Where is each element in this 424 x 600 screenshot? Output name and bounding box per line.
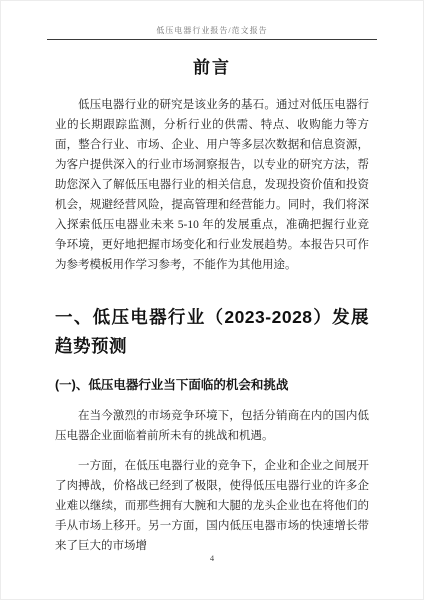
section-subheading: (一)、低压电器行业当下面临的机会和挑战: [55, 377, 369, 393]
page-content: 前言 低压电器行业的研究是该业务的基石。通过对低压电器行业的长期跟踪监测，分析行…: [55, 1, 369, 556]
foreword-paragraph: 低压电器行业的研究是该业务的基石。通过对低压电器行业的长期跟踪监测，分析行业的供…: [55, 95, 369, 275]
page-footer: 4: [1, 553, 423, 563]
section-heading: 一、低压电器行业（2023-2028）发展趋势预测: [55, 303, 369, 361]
foreword-title: 前言: [55, 57, 369, 79]
section-paragraph-1: 在当今激烈的市场竞争环境下，包括分销商在内的国内低压电器企业面临着前所未有的挑战…: [55, 406, 369, 446]
section-paragraph-2: 一方面，在低压电器行业的竞争下，企业和企业之间展开了肉搏战，价格战已经到了极限，…: [55, 456, 369, 556]
document-page: 低压电器行业报告/范文报告 前言 低压电器行业的研究是该业务的基石。通过对低压电…: [0, 0, 424, 600]
page-number: 4: [210, 553, 214, 563]
